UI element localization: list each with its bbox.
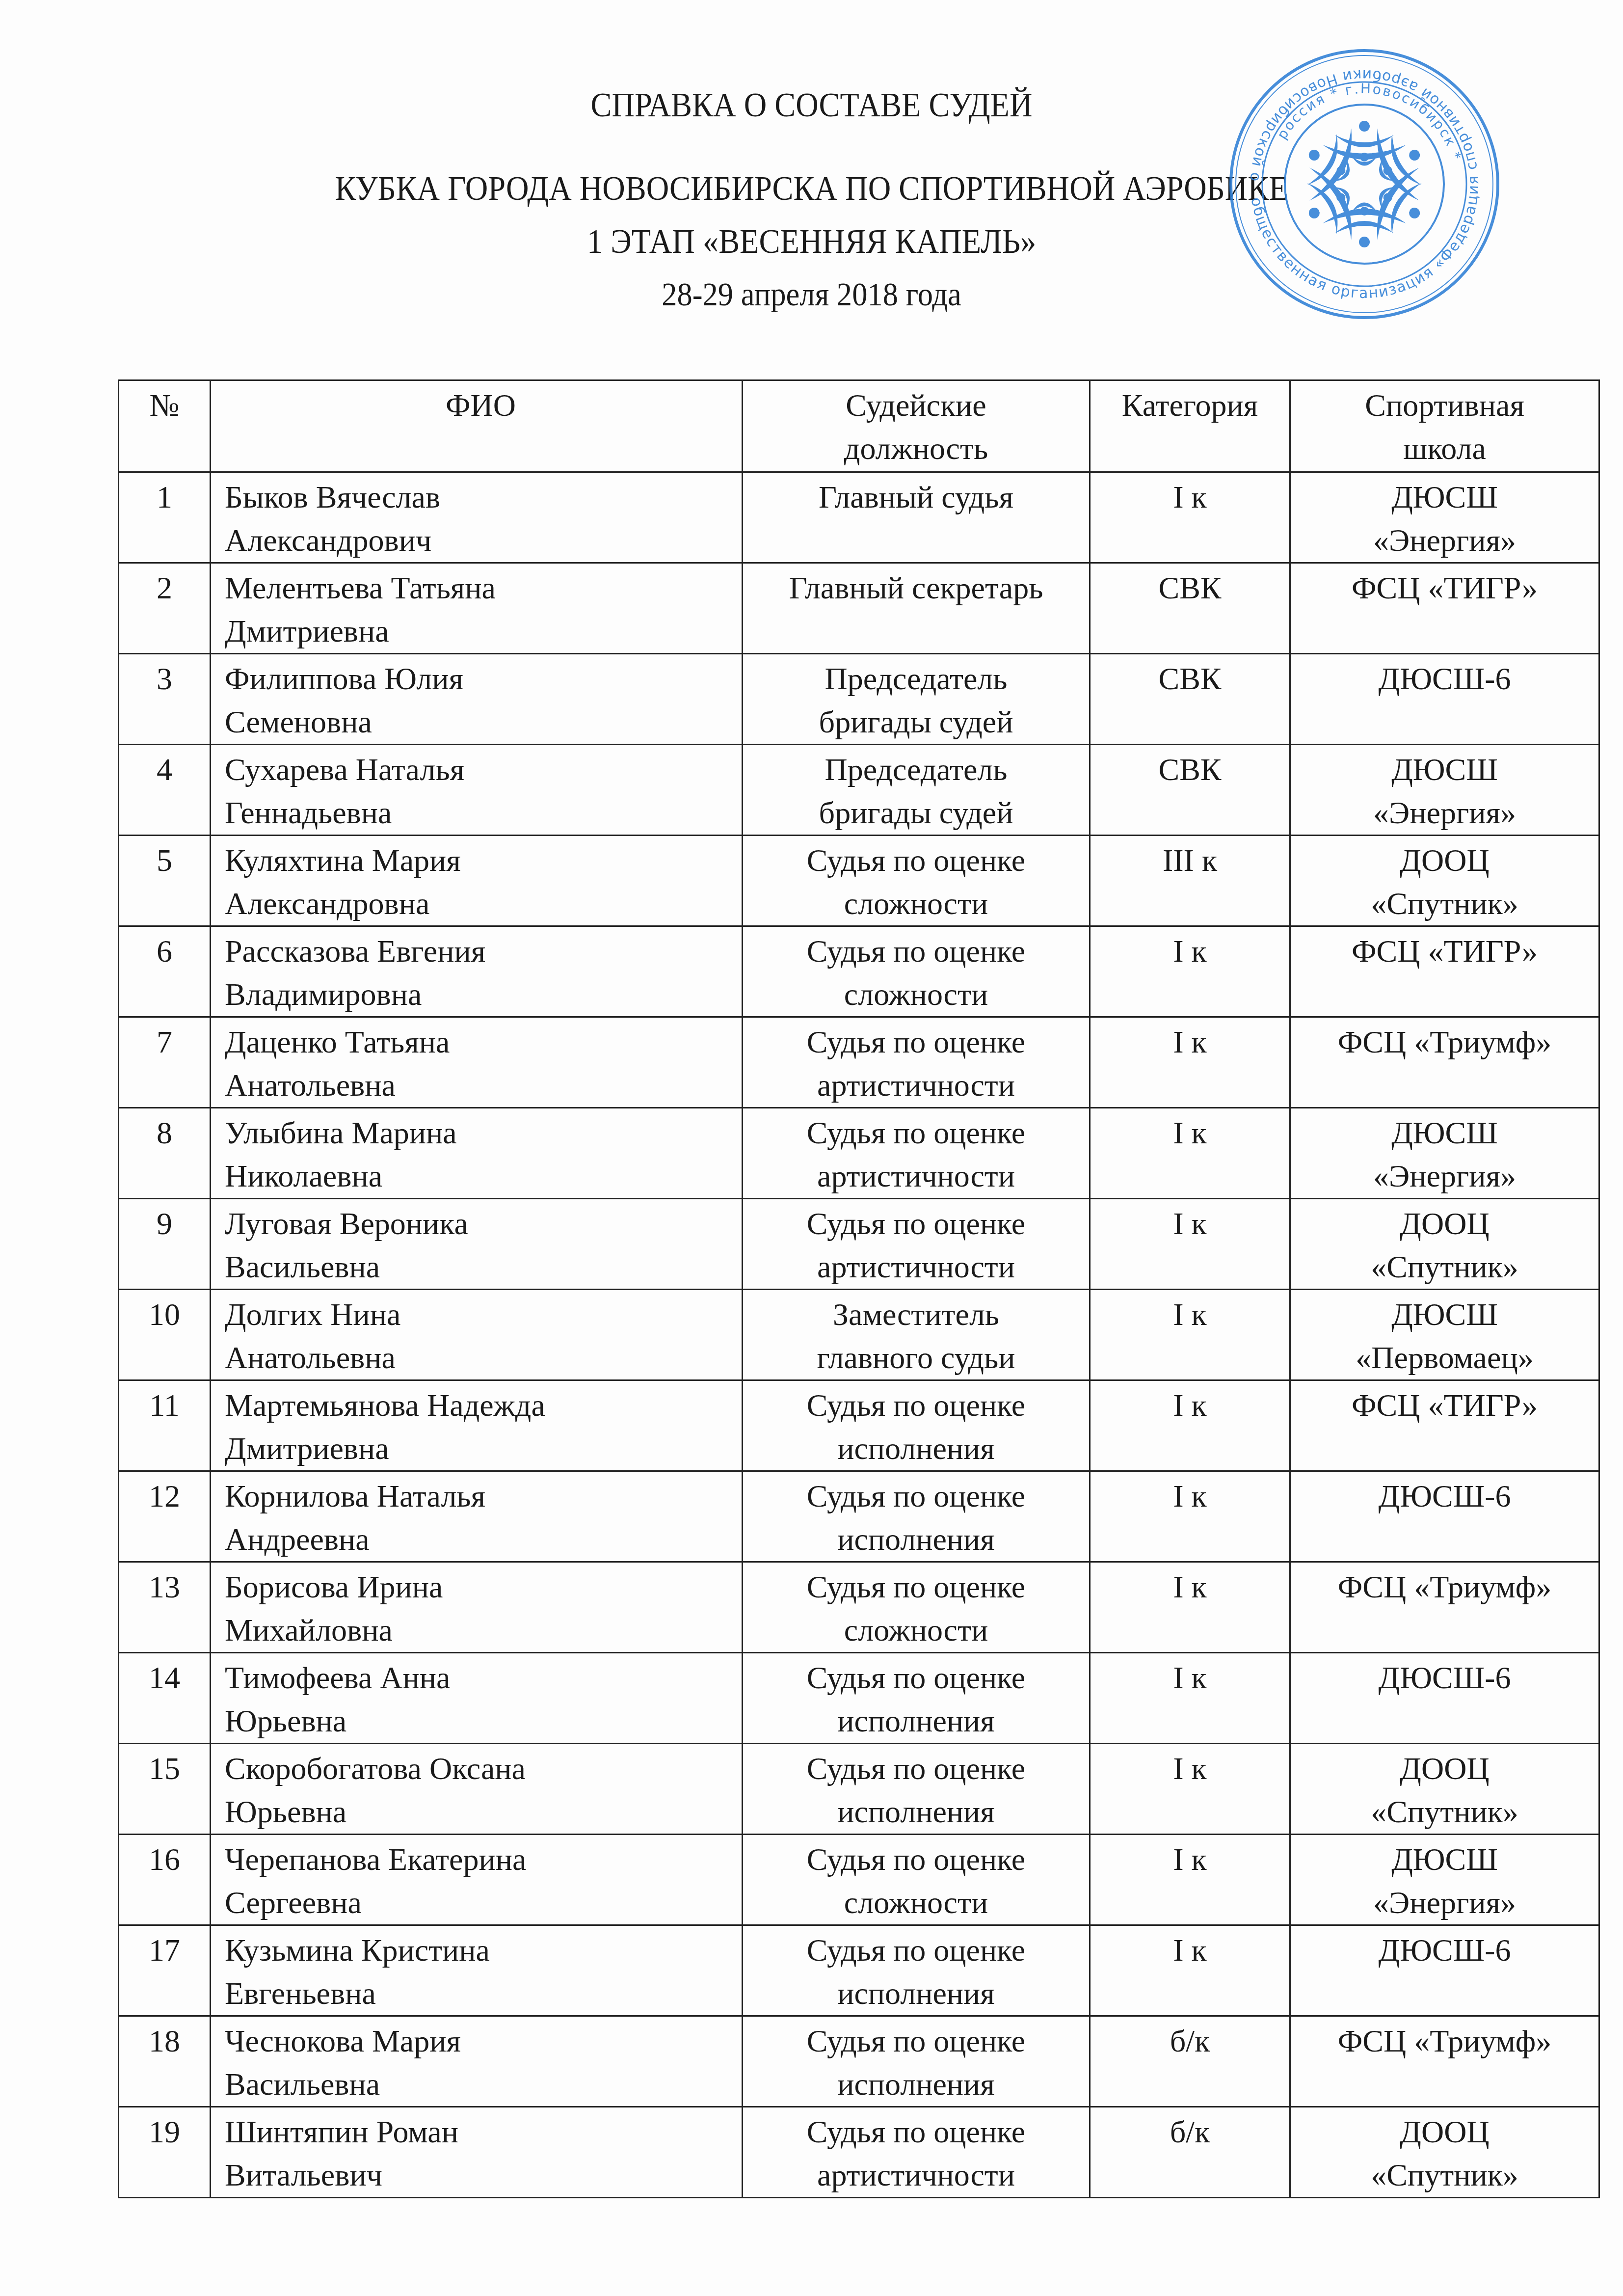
cell-role: Председательбригады судей: [743, 745, 1090, 836]
header-name: ФИО: [211, 380, 743, 472]
table-row: 17Кузьмина КристинаЕвгеньевнаСудья по оц…: [119, 1925, 1599, 2016]
cell-school: ДООЦ«Спутник»: [1290, 1199, 1599, 1290]
cell-number: 12: [119, 1471, 211, 1562]
cell-school: ДЮСШ-6: [1290, 1471, 1599, 1562]
cell-category: б/к: [1090, 2107, 1290, 2198]
cell-number: 1: [119, 472, 211, 563]
cell-school: ФСЦ «Триумф»: [1290, 1562, 1599, 1653]
judges-table: № ФИО Судейскиедолжность Категория Спорт…: [118, 379, 1600, 2198]
cell-role: Судья по оценкеисполнения: [743, 1744, 1090, 1835]
cell-number: 11: [119, 1380, 211, 1471]
cell-category: I к: [1090, 1199, 1290, 1290]
cell-number: 5: [119, 836, 211, 926]
cell-name: Шинтяпин РоманВитальевич: [211, 2107, 743, 2198]
cell-school: ФСЦ «ТИГР»: [1290, 926, 1599, 1017]
cell-name: Куляхтина МарияАлександровна: [211, 836, 743, 926]
cell-school: ФСЦ «Триумф»: [1290, 2016, 1599, 2107]
table-row: 16Черепанова ЕкатеринаСергеевнаСудья по …: [119, 1835, 1599, 1925]
table-row: 19Шинтяпин РоманВитальевичСудья по оценк…: [119, 2107, 1599, 2198]
cell-role: Судья по оценкесложности: [743, 1835, 1090, 1925]
cell-school: ФСЦ «Триумф»: [1290, 1017, 1599, 1108]
cell-name: Борисова ИринаМихайловна: [211, 1562, 743, 1653]
cell-role: Судья по оценкесложности: [743, 1562, 1090, 1653]
cell-role: Судья по оценкеисполнения: [743, 2016, 1090, 2107]
cell-role: Судья по оценкесложности: [743, 836, 1090, 926]
cell-name: Быков ВячеславАлександрович: [211, 472, 743, 563]
cell-category: I к: [1090, 1925, 1290, 2016]
cell-number: 15: [119, 1744, 211, 1835]
cell-category: I к: [1090, 1290, 1290, 1380]
table-row: 5Куляхтина МарияАлександровнаСудья по оц…: [119, 836, 1599, 926]
cell-role: Судья по оценкеисполнения: [743, 1380, 1090, 1471]
table-header-row: № ФИО Судейскиедолжность Категория Спорт…: [119, 380, 1599, 472]
cell-number: 17: [119, 1925, 211, 2016]
header-category: Категория: [1090, 380, 1290, 472]
cell-number: 16: [119, 1835, 211, 1925]
cell-category: I к: [1090, 472, 1290, 563]
cell-name: Мелентьева ТатьянаДмитриевна: [211, 563, 743, 654]
cell-role: Судья по оценкеартистичности: [743, 1017, 1090, 1108]
cell-category: III к: [1090, 836, 1290, 926]
cell-category: I к: [1090, 926, 1290, 1017]
cell-name: Долгих НинаАнатольевна: [211, 1290, 743, 1380]
cell-category: I к: [1090, 1653, 1290, 1744]
cell-school: ФСЦ «ТИГР»: [1290, 563, 1599, 654]
cell-category: I к: [1090, 1017, 1290, 1108]
cell-number: 6: [119, 926, 211, 1017]
cell-category: I к: [1090, 1108, 1290, 1199]
cell-category: I к: [1090, 1835, 1290, 1925]
cell-school: ДЮСШ«Энергия»: [1290, 472, 1599, 563]
cell-name: Корнилова НатальяАндреевна: [211, 1471, 743, 1562]
cell-number: 18: [119, 2016, 211, 2107]
cell-role: Председательбригады судей: [743, 654, 1090, 745]
cell-role: Судья по оценкесложности: [743, 926, 1090, 1017]
table-row: 13Борисова ИринаМихайловнаСудья по оценк…: [119, 1562, 1599, 1653]
table-row: 1Быков ВячеславАлександровичГлавный судь…: [119, 472, 1599, 563]
table-row: 7Даценко ТатьянаАнатольевнаСудья по оцен…: [119, 1017, 1599, 1108]
cell-number: 2: [119, 563, 211, 654]
cell-role: Судья по оценкеартистичности: [743, 1199, 1090, 1290]
cell-school: ДЮСШ«Первомаец»: [1290, 1290, 1599, 1380]
table-row: 11Мартемьянова НадеждаДмитриевнаСудья по…: [119, 1380, 1599, 1471]
cell-name: Филиппова ЮлияСеменовна: [211, 654, 743, 745]
cell-role: Судья по оценкеартистичности: [743, 2107, 1090, 2198]
cell-school: ДЮСШ-6: [1290, 1925, 1599, 2016]
cell-number: 4: [119, 745, 211, 836]
cell-number: 9: [119, 1199, 211, 1290]
cell-school: ДООЦ«Спутник»: [1290, 1744, 1599, 1835]
cell-role: Судья по оценкеартистичности: [743, 1108, 1090, 1199]
cell-role: Главный секретарь: [743, 563, 1090, 654]
cell-name: Черепанова ЕкатеринаСергеевна: [211, 1835, 743, 1925]
cell-number: 10: [119, 1290, 211, 1380]
cell-name: Скоробогатова ОксанаЮрьевна: [211, 1744, 743, 1835]
cell-category: I к: [1090, 1471, 1290, 1562]
cell-school: ДООЦ«Спутник»: [1290, 2107, 1599, 2198]
cell-role: Судья по оценкеисполнения: [743, 1471, 1090, 1562]
table-row: 18Чеснокова МарияВасильевнаСудья по оцен…: [119, 2016, 1599, 2107]
cell-school: ДООЦ«Спутник»: [1290, 836, 1599, 926]
table-row: 12Корнилова НатальяАндреевнаСудья по оце…: [119, 1471, 1599, 1562]
cell-category: б/к: [1090, 2016, 1290, 2107]
cell-school: ДЮСШ-6: [1290, 654, 1599, 745]
table-row: 3Филиппова ЮлияСеменовнаПредседательбриг…: [119, 654, 1599, 745]
cell-name: Сухарева НатальяГеннадьевна: [211, 745, 743, 836]
cell-name: Чеснокова МарияВасильевна: [211, 2016, 743, 2107]
cell-category: СВК: [1090, 745, 1290, 836]
cell-number: 13: [119, 1562, 211, 1653]
cell-category: I к: [1090, 1562, 1290, 1653]
cell-school: ФСЦ «ТИГР»: [1290, 1380, 1599, 1471]
table-row: 14Тимофеева АннаЮрьевнаСудья по оценкеис…: [119, 1653, 1599, 1744]
cell-number: 14: [119, 1653, 211, 1744]
cell-number: 8: [119, 1108, 211, 1199]
cell-number: 3: [119, 654, 211, 745]
cell-number: 7: [119, 1017, 211, 1108]
header-number: №: [119, 380, 211, 472]
cell-name: Улыбина МаринаНиколаевна: [211, 1108, 743, 1199]
cell-category: СВК: [1090, 563, 1290, 654]
cell-name: Рассказова ЕвгенияВладимировна: [211, 926, 743, 1017]
cell-role: Главный судья: [743, 472, 1090, 563]
cell-name: Тимофеева АннаЮрьевна: [211, 1653, 743, 1744]
cell-role: Заместительглавного судьи: [743, 1290, 1090, 1380]
cell-name: Мартемьянова НадеждаДмитриевна: [211, 1380, 743, 1471]
table-row: 15Скоробогатова ОксанаЮрьевнаСудья по оц…: [119, 1744, 1599, 1835]
cell-school: ДЮСШ«Энергия»: [1290, 1108, 1599, 1199]
cell-number: 19: [119, 2107, 211, 2198]
cell-name: Даценко ТатьянаАнатольевна: [211, 1017, 743, 1108]
cell-category: I к: [1090, 1744, 1290, 1835]
cell-category: СВК: [1090, 654, 1290, 745]
cell-role: Судья по оценкеисполнения: [743, 1653, 1090, 1744]
cell-category: I к: [1090, 1380, 1290, 1471]
cell-role: Судья по оценкеисполнения: [743, 1925, 1090, 2016]
table-row: 10Долгих НинаАнатольевнаЗаместительглавн…: [119, 1290, 1599, 1380]
cell-school: ДЮСШ«Энергия»: [1290, 745, 1599, 836]
table-row: 6Рассказова ЕвгенияВладимировнаСудья по …: [119, 926, 1599, 1017]
table-row: 4Сухарева НатальяГеннадьевнаПредседатель…: [119, 745, 1599, 836]
table-row: 9Луговая ВероникаВасильевнаСудья по оцен…: [119, 1199, 1599, 1290]
table-row: 2Мелентьева ТатьянаДмитриевнаГлавный сек…: [119, 563, 1599, 654]
official-stamp-icon: общественная организация «Федерация спор…: [1227, 47, 1502, 322]
cell-name: Луговая ВероникаВасильевна: [211, 1199, 743, 1290]
cell-name: Кузьмина КристинаЕвгеньевна: [211, 1925, 743, 2016]
cell-school: ДЮСШ-6: [1290, 1653, 1599, 1744]
cell-school: ДЮСШ«Энергия»: [1290, 1835, 1599, 1925]
header-role: Судейскиедолжность: [743, 380, 1090, 472]
header-school: Спортивнаяшкола: [1290, 380, 1599, 472]
table-row: 8Улыбина МаринаНиколаевнаСудья по оценке…: [119, 1108, 1599, 1199]
